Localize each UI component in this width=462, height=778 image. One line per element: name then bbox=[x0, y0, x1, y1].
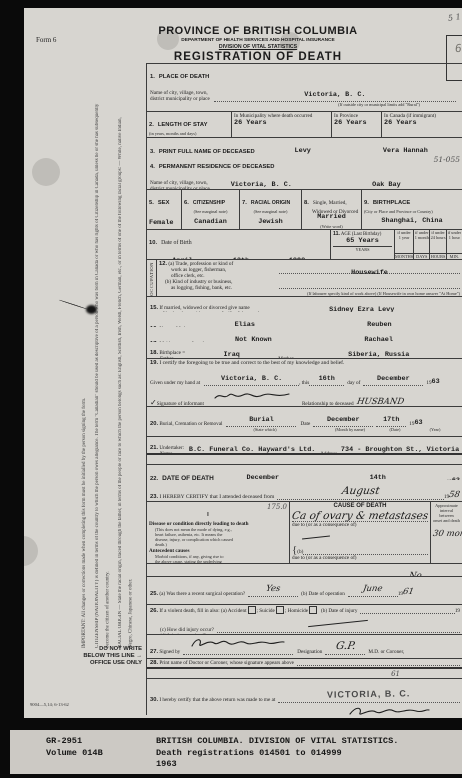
residence-district: Oak Bay bbox=[372, 181, 401, 189]
operation-date: June bbox=[362, 584, 383, 594]
reg-no-value: 63-09-014595 bbox=[454, 42, 462, 55]
birth-day: 12th bbox=[233, 257, 249, 259]
accident-checkbox bbox=[248, 606, 256, 614]
section-5-9-demographics: 5. SEX Female 6. CITIZENSHIP (See margin… bbox=[147, 190, 462, 230]
suicide-checkbox bbox=[276, 606, 284, 614]
form-title-block: PROVINCE OF BRITISH COLUMBIA DEPARTMENT … bbox=[158, 25, 358, 63]
pencil-code: 175.0 bbox=[267, 503, 287, 511]
medical-certificate-title: MEDICAL CERTIFICATE OF DEATH bbox=[147, 455, 462, 465]
operation-year: 61 bbox=[402, 587, 415, 597]
interval-value: 30 months bbox=[432, 529, 462, 539]
section-25-operation: 25. (a) Was there a recent surgical oper… bbox=[147, 577, 462, 605]
signed-at-place: Victoria, B. C. bbox=[221, 375, 282, 383]
victoria-stamp: VICTORIA, B. C. bbox=[327, 688, 411, 699]
undertaker-name: B.C. Funeral Co. Hayward's Ltd. bbox=[189, 446, 315, 454]
section-3-full-name: 3. PRINT FULL NAME OF DECEASED Levy Vera… bbox=[147, 138, 462, 154]
racial-origin-value: Jewish bbox=[242, 218, 299, 226]
section-27-signed: 27. Signed by Designation G.P. M.D. or C… bbox=[147, 635, 462, 659]
section-28-print-name: 28. Print name of Doctor or Coroner, who… bbox=[147, 659, 462, 669]
section-22-date-of-death: 22. DATE OF DEATH December 14th 1963 (Mo… bbox=[147, 465, 462, 480]
doctor-signature bbox=[188, 636, 288, 649]
section-16-father: 16. Name of father Elias Reuben (Surname… bbox=[147, 312, 462, 327]
signed-day: 16th bbox=[319, 375, 335, 383]
undertaker-address: 734 - Broughton St., Victoria bbox=[341, 446, 459, 454]
check-mark: ✓ bbox=[150, 398, 157, 407]
pencil-mark: 51-055 bbox=[434, 155, 460, 164]
birthplace-value: Shanghai, China bbox=[364, 217, 460, 225]
section-26-violent-death: 26. If a violent death, fill in also: (a… bbox=[147, 605, 462, 635]
division-title: DIVISION OF VITAL STATISTICS bbox=[158, 44, 358, 50]
designation-value: G.P. bbox=[334, 640, 356, 652]
homicide-checkbox bbox=[309, 606, 317, 614]
section-30-registrar: 30. I hereby certify that the above retu… bbox=[147, 683, 462, 715]
office-use-note: DO NOT WRITE BELOW THIS LINE → OFFICE US… bbox=[24, 646, 142, 668]
place-of-death-city: Victoria, B. C. bbox=[304, 91, 365, 99]
stay-province-value: 26 Years bbox=[334, 119, 379, 127]
signed-month: December bbox=[377, 375, 410, 383]
marginal-notes: IMPORTANT: All changes or corrections ma… bbox=[80, 103, 137, 653]
stay-municipality-value: 26 Years bbox=[234, 119, 329, 127]
pencil-mark: 61 bbox=[391, 670, 400, 678]
cause-of-death-value: Ca of ovary & metastases bbox=[291, 510, 429, 522]
marginal-note-citizenship: CITIZENSHIP (NATIONALITY) is defined in … bbox=[93, 103, 114, 648]
city-label: Name of city, village, town,district mun… bbox=[150, 180, 210, 190]
form-body: 1. PLACE OF DEATH Name of city, village,… bbox=[146, 63, 462, 715]
burial-year: 63 bbox=[414, 419, 422, 427]
surname-value: Levy bbox=[295, 147, 311, 154]
section-2-length-of-stay: 2. LENGTH OF STAY (in years, months and … bbox=[147, 112, 462, 138]
city-label: Name of city, village, town,district mun… bbox=[150, 90, 210, 102]
form-print-code: 9004—5,14; 6-13-62 bbox=[30, 702, 69, 707]
registrar-signature bbox=[346, 704, 431, 715]
form-number: Form 6 bbox=[36, 36, 56, 44]
attended-from-year: 58 bbox=[448, 490, 461, 500]
section-19-informant: 19. I certify the foregoing to be true a… bbox=[147, 359, 462, 407]
section-20-burial: 20. Burial, Cremation or Removal Burial … bbox=[147, 407, 462, 437]
mother-birthplace: Siberia, Russia bbox=[348, 351, 409, 359]
date-stamp: DEC 17 1963 bbox=[185, 714, 244, 715]
section-23-attended: 23. I HEREBY CERTIFY that I attended dec… bbox=[147, 480, 462, 502]
marginal-note-important: IMPORTANT: All changes or corrections ma… bbox=[80, 103, 91, 648]
reg-no-label: Reg. No. (Office use only) bbox=[446, 28, 462, 33]
burial-month: December bbox=[327, 416, 360, 424]
marital-status-value: Married bbox=[304, 213, 359, 221]
stay-canada-value: 26 Years bbox=[384, 119, 460, 127]
section-1-place-of-death: 1. PLACE OF DEATH Name of city, village,… bbox=[147, 64, 462, 112]
occupation-value: Housewife bbox=[351, 269, 388, 277]
department-title: DEPARTMENT OF HEALTH SERVICES AND HOSPIT… bbox=[158, 38, 358, 43]
form-area: PROVINCE OF BRITISH COLUMBIA DEPARTMENT … bbox=[146, 8, 462, 718]
section-12-14-occupation: OCCUPATION 12. (a) Trade, profession or … bbox=[147, 260, 462, 297]
section-15-spouse: 15. If married, widowed or divorced give… bbox=[147, 297, 462, 312]
archive-description: BRITISH COLUMBIA. DIVISION OF VITAL STAT… bbox=[156, 736, 398, 774]
section-17-mother: 17. Maiden name of mother Not Known Rach… bbox=[147, 327, 462, 342]
birth-year: 1898 bbox=[289, 257, 305, 259]
document-paper: Form 6 IMPORTANT: All changes or correct… bbox=[24, 8, 462, 718]
disposition-value: Burial bbox=[249, 416, 273, 424]
residence-city: Victoria, B. C. bbox=[231, 181, 292, 189]
section-10-11-birth-age: 10. Date of Birth April 12th 1898 (Month… bbox=[147, 230, 462, 260]
province-title: PROVINCE OF BRITISH COLUMBIA bbox=[158, 25, 358, 37]
archive-reference: GR-2951 Volume 014B bbox=[10, 736, 156, 774]
cause-of-death-block: I 175.0 Disease or condition directly le… bbox=[147, 502, 462, 564]
informant-signature bbox=[213, 391, 293, 401]
section-4-residence: 4. PERMANENT RESIDENCE OF DECEASED 51-05… bbox=[147, 154, 462, 190]
scanned-death-registration: { "film": { "form_no": "Form 6", "pencil… bbox=[0, 0, 462, 778]
archive-footer-label: GR-2951 Volume 014B BRITISH COLUMBIA. DI… bbox=[10, 730, 462, 774]
age-value: 65 Years bbox=[333, 237, 392, 245]
signed-year: 63 bbox=[432, 378, 440, 386]
given-names-value: Vera Hannah bbox=[383, 147, 428, 154]
relationship-value: HUSBAND bbox=[356, 397, 405, 407]
burial-day: 17th bbox=[383, 416, 399, 424]
rural-note: (If outside city or municipal limits add… bbox=[150, 102, 460, 107]
pencil-mark: 5 1 bbox=[447, 12, 461, 23]
birth-month: April bbox=[172, 257, 192, 259]
left-margin: Form 6 IMPORTANT: All changes or correct… bbox=[24, 8, 146, 718]
section-18-parents-birthplace: 18. Birthplace =Father Iraq Mother Siber… bbox=[147, 342, 462, 359]
section-21-undertaker: 21. Undertaker:Name B.C. Funeral Co. Hay… bbox=[147, 437, 462, 455]
father-birthplace: Iraq bbox=[224, 351, 240, 359]
citizenship-value: Canadian bbox=[184, 218, 237, 226]
section-29-notations: 29. Notations 61 bbox=[147, 669, 462, 679]
operation-answer: Yes bbox=[265, 584, 281, 594]
section-24-pregnancy: 24. If a woman, did the death occur eith… bbox=[147, 564, 462, 577]
marginal-note-racial-origin: RACIAL ORIGIN — State the racial origin,… bbox=[116, 103, 137, 648]
attended-from: August bbox=[341, 485, 381, 497]
registration-title: REGISTRATION OF DEATH bbox=[158, 51, 358, 63]
sex-value: Female bbox=[149, 219, 179, 227]
occupation-vertical-label: OCCUPATION bbox=[147, 260, 157, 296]
